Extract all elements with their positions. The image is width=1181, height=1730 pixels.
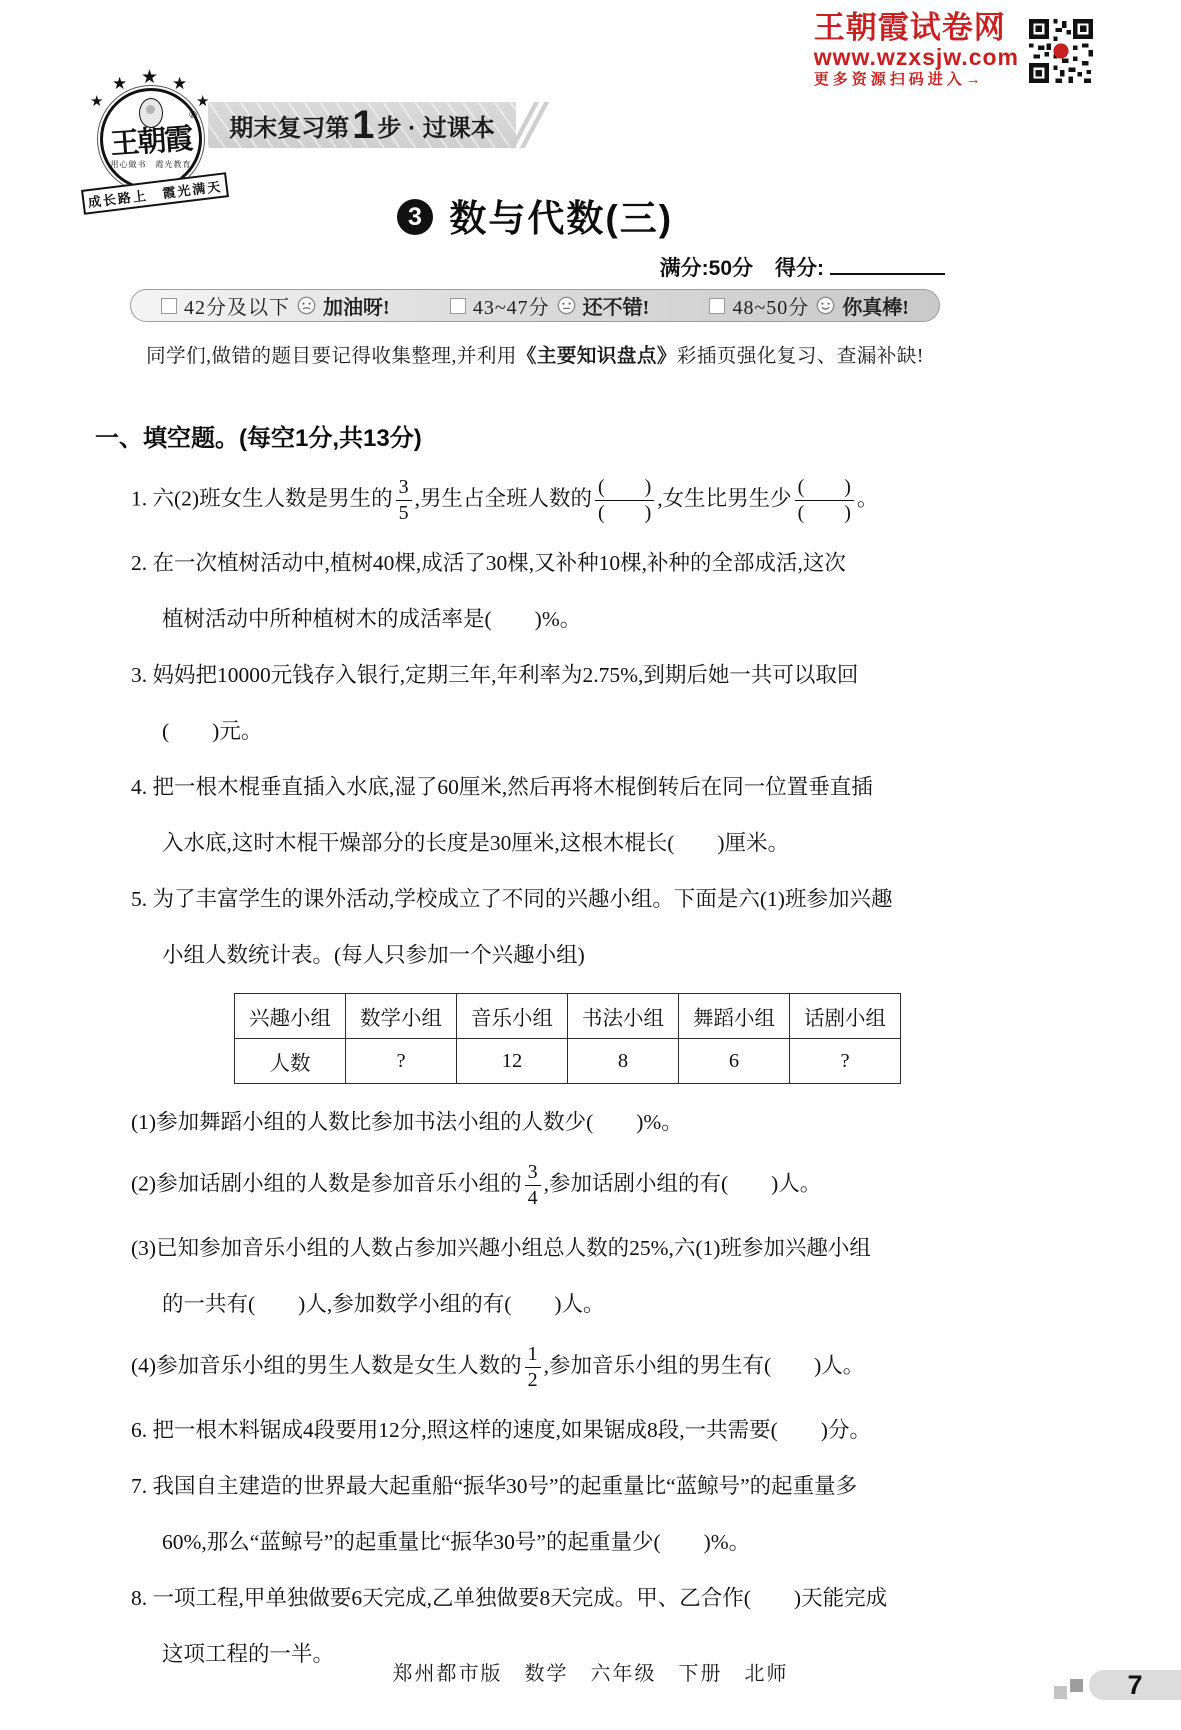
fraction: ( )( ): [795, 475, 854, 526]
question-text: 7. 我国自主建造的世界最大起重船“振华30号”的起重量比“蓝鲸号”的起重量多: [131, 1474, 857, 1498]
score-label: 得分:: [775, 257, 824, 280]
question-line: (1)参加舞蹈小组的人数比参加书法小组的人数少( )%。: [131, 1104, 995, 1141]
score-range: 48~50分: [732, 291, 809, 320]
question-text: 2. 在一次植树活动中,植树40棵,成活了30棵,又补种10棵,补种的全部成活,…: [131, 551, 846, 575]
table-header-cell: 话剧小组: [790, 994, 901, 1039]
fraction: 12: [525, 1342, 541, 1393]
question-text: 1. 六(2)班女生人数是男生的: [131, 486, 393, 510]
question-text: ( )元。: [162, 719, 262, 743]
question-text: 入水底,这时木棍干燥部分的长度是30厘米,这根木棍长( )厘米。: [162, 831, 789, 855]
deco-square: [1070, 1679, 1083, 1692]
question-text: (4)参加音乐小组的男生人数是女生人数的: [131, 1353, 522, 1377]
question-line: ( )元。: [162, 713, 995, 750]
table-header-cell: 兴趣小组: [235, 994, 346, 1039]
score-range: 42分及以下: [184, 291, 290, 320]
review-note: 同学们,做错的题目要记得收集整理,并利用《主要知识盘点》彩插页强化复习、查漏补缺…: [130, 340, 940, 368]
question-text: ,女生比男生少: [657, 486, 791, 510]
question-text: 植树活动中所种植树木的成活率是( )%。: [162, 607, 581, 631]
question-line: 7. 我国自主建造的世界最大起重船“振华30号”的起重量比“蓝鲸号”的起重量多: [131, 1468, 995, 1505]
question-text: 。: [857, 486, 879, 510]
note-bold: 《主要知识盘点》: [517, 345, 677, 367]
section-title: 一、填空题。(每空1分,共13分): [95, 418, 995, 453]
question-text: 3. 妈妈把10000元钱存入银行,定期三年,年利率为2.75%,到期后她一共可…: [131, 663, 858, 687]
score-message: 你真棒!: [842, 291, 909, 320]
badge-portrait: [139, 98, 163, 128]
site-name: 王朝霞试卷网: [814, 12, 1019, 45]
question-line: 1. 六(2)班女生人数是男生的35,男生占全班人数的( )( ),女生比男生少…: [131, 475, 995, 526]
site-tagline: 更多资源扫码进入→: [814, 70, 1019, 90]
question-line: (4)参加音乐小组的男生人数是女生人数的12,参加音乐小组的男生有( )人。: [131, 1342, 995, 1393]
table-cell: 12: [457, 1039, 568, 1084]
question-text: 小组人数统计表。(每人只参加一个兴趣小组): [162, 943, 585, 967]
fraction: 34: [525, 1160, 541, 1211]
score-message: 加油呀!: [323, 291, 390, 320]
score-band-high: 48~50分 你真棒!: [709, 291, 909, 320]
title-number-circle: 3: [397, 199, 433, 235]
brand-block: 王朝霞试卷网 www.wzxsjw.com 更多资源扫码进入→: [814, 12, 1093, 89]
band-decoration: [520, 102, 550, 148]
question-line: 小组人数统计表。(每人只参加一个兴趣小组): [162, 937, 995, 974]
score-band-mid: 43~47分 还不错!: [450, 291, 650, 320]
table-cell: 人数: [235, 1039, 346, 1084]
question-text: ,男生占全班人数的: [415, 486, 592, 510]
happy-face-icon: [816, 296, 835, 315]
exam-page: 王朝霞试卷网 www.wzxsjw.com 更多资源扫码进入→: [0, 0, 1181, 1730]
registered-mark: ®: [189, 109, 197, 121]
fraction: ( )( ): [595, 475, 654, 526]
page-number-block: 7: [1054, 1670, 1181, 1700]
question-flow: 1. 六(2)班女生人数是男生的35,男生占全班人数的( )( ),女生比男生少…: [131, 475, 995, 1673]
band-step-number: 1: [352, 105, 374, 145]
question-line: 8. 一项工程,甲单独做要6天完成,乙单独做要8天完成。甲、乙合作( )天能完成: [131, 1580, 995, 1617]
question-text: 4. 把一根木棍垂直插入水底,湿了60厘米,然后再将木棍倒转后在同一位置垂直插: [131, 775, 873, 799]
badge-name: 王朝霞: [102, 125, 200, 161]
question-text: 的一共有( )人,参加数学小组的有( )人。: [162, 1292, 605, 1316]
header-band: 期末复习第 1 步 · 过课本: [208, 102, 516, 148]
qr-code-icon: [1029, 19, 1093, 83]
page-number: 7: [1127, 1670, 1142, 1701]
page-title: 数与代数(三): [449, 198, 673, 239]
page-number-bar: 7: [1089, 1670, 1181, 1700]
question-text: 60%,那么“蓝鲸号”的起重量比“振华30号”的起重量少( )%。: [162, 1530, 750, 1554]
question-text: (3)已知参加音乐小组的人数占参加兴趣小组总人数的25%,六(1)班参加兴趣小组: [131, 1236, 871, 1260]
footer-edition-line: 郑州都市版 数学 六年级 下册 北师: [0, 1657, 1181, 1686]
table-cell: 6: [679, 1039, 790, 1084]
badge-circle: ® 王朝霞 用心做书 霞光教育: [100, 88, 202, 190]
table-header-cell: 数学小组: [346, 994, 457, 1039]
table-cell: ?: [346, 1039, 457, 1084]
score-message: 还不错!: [583, 291, 650, 320]
table-cell: ?: [790, 1039, 901, 1084]
score-bands-bar: 42分及以下 加油呀! 43~47分 还不错! 48~50分 你真棒!: [130, 289, 940, 322]
table-header-cell: 书法小组: [568, 994, 679, 1039]
question-line: 3. 妈妈把10000元钱存入银行,定期三年,年利率为2.75%,到期后她一共可…: [131, 657, 995, 694]
question-line: 4. 把一根木棍垂直插入水底,湿了60厘米,然后再将木棍倒转后在同一位置垂直插: [131, 769, 995, 806]
score-band-low: 42分及以下 加油呀!: [161, 291, 390, 320]
note-post: 彩插页强化复习、查漏补缺!: [677, 346, 924, 367]
question-line: 6. 把一根木料锯成4段要用12分,照这样的速度,如果锯成8段,一共需要( )分…: [131, 1412, 995, 1449]
question-text: (2)参加话剧小组的人数是参加音乐小组的: [131, 1171, 522, 1195]
question-text: ,参加音乐小组的男生有( )人。: [544, 1353, 865, 1377]
sad-face-icon: [297, 296, 316, 315]
question-text: 6. 把一根木料锯成4段要用12分,照这样的速度,如果锯成8段,一共需要( )分…: [131, 1418, 871, 1442]
full-score-label: 满分:50分: [660, 257, 753, 280]
question-text: (1)参加舞蹈小组的人数比参加书法小组的人数少( )%。: [131, 1110, 683, 1134]
question-line: 60%,那么“蓝鲸号”的起重量比“振华30号”的起重量少( )%。: [162, 1524, 995, 1561]
checkbox-high[interactable]: [709, 298, 725, 314]
table-cell: 8: [568, 1039, 679, 1084]
question-line: 植树活动中所种植树木的成活率是( )%。: [162, 601, 995, 638]
question-line: 的一共有( )人,参加数学小组的有( )人。: [162, 1286, 995, 1323]
band-text-pre: 期末复习第: [229, 108, 349, 143]
question-line: (2)参加话剧小组的人数是参加音乐小组的34,参加话剧小组的有( )人。: [131, 1160, 995, 1211]
question-text: 8. 一项工程,甲单独做要6天完成,乙单独做要8天完成。甲、乙合作( )天能完成: [131, 1586, 887, 1610]
question-line: 2. 在一次植树活动中,植树40棵,成活了30棵,又补种10棵,补种的全部成活,…: [131, 545, 995, 582]
note-pre: 同学们,做错的题目要记得收集整理,并利用: [146, 346, 517, 367]
publisher-badge: ★ ★ ★ ★ ★ ® 王朝霞 用心做书 霞光教育 成长路上 霞光满天: [88, 66, 222, 198]
checkbox-low[interactable]: [161, 298, 177, 314]
question-line: 5. 为了丰富学生的课外活动,学校成立了不同的兴趣小组。下面是六(1)班参加兴趣: [131, 881, 995, 918]
checkbox-mid[interactable]: [450, 298, 466, 314]
brand-text: 王朝霞试卷网 www.wzxsjw.com 更多资源扫码进入→: [814, 12, 1019, 89]
question-line: (3)已知参加音乐小组的人数占参加兴趣小组总人数的25%,六(1)班参加兴趣小组: [131, 1230, 995, 1267]
table-header-cell: 音乐小组: [457, 994, 568, 1039]
score-blank-line[interactable]: [830, 255, 945, 275]
site-url: www.wzxsjw.com: [814, 45, 1019, 70]
question-text: 5. 为了丰富学生的课外活动,学校成立了不同的兴趣小组。下面是六(1)班参加兴趣: [131, 887, 892, 911]
survey-table: 兴趣小组数学小组音乐小组书法小组舞蹈小组话剧小组人数?1286?: [234, 993, 901, 1084]
question-text: ,参加话剧小组的有( )人。: [544, 1171, 822, 1195]
table-header-cell: 舞蹈小组: [679, 994, 790, 1039]
paper-title-row: 3 数与代数(三): [0, 188, 1070, 242]
band-text-post: 步 · 过课本: [377, 108, 494, 143]
badge-slogan: 用心做书 霞光教育: [103, 159, 199, 170]
score-line: 满分:50分得分:: [660, 252, 945, 282]
score-range: 43~47分: [473, 291, 550, 320]
deco-square: [1054, 1686, 1067, 1699]
question-line: 入水底,这时木棍干燥部分的长度是30厘米,这根木棍长( )厘米。: [162, 825, 995, 862]
fraction: 35: [396, 475, 412, 526]
neutral-face-icon: [557, 296, 576, 315]
main-content: 一、填空题。(每空1分,共13分) 1. 六(2)班女生人数是男生的35,男生占…: [95, 418, 995, 1692]
